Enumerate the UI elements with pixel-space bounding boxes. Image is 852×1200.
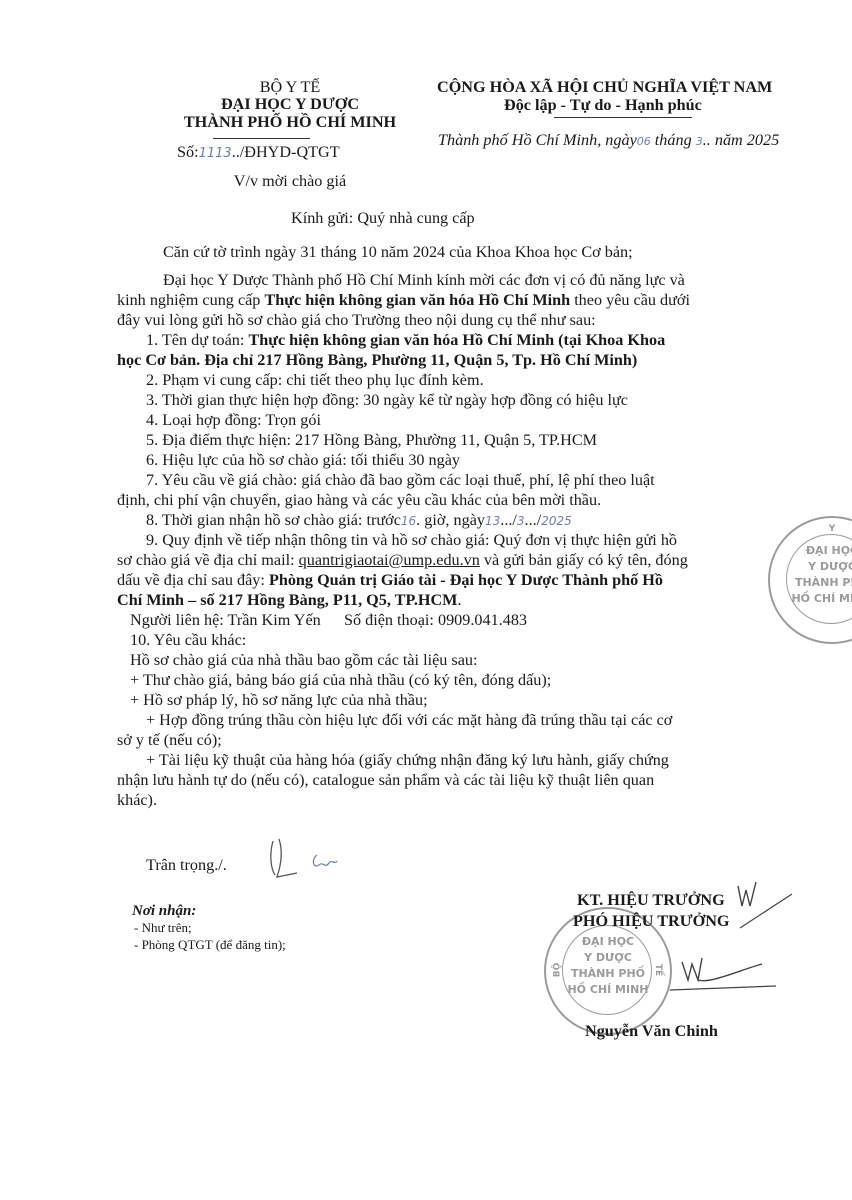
item-8-mid: . giờ, ngày — [416, 511, 485, 529]
stamp-arc-text: BỘ — [552, 963, 562, 978]
item-9-text-end: và gửi bản giấy có ký tên, đóng — [480, 551, 688, 569]
date-day-handwritten: 06 — [637, 135, 651, 148]
item-9-line1: 9. Quy định về tiếp nhận thông tin và hồ… — [146, 530, 677, 550]
item-9-line4: Chí Minh – số 217 Hồng Bàng, P11, Q5, TP… — [117, 590, 462, 610]
item-9-line2: sơ chào giá về địa chỉ mail: quantrigiao… — [117, 550, 688, 570]
document-date: Thành phố Hồ Chí Minh, ngày06 tháng 3.. … — [438, 131, 779, 150]
doc-item-3-line1: + Hợp đồng trúng thầu còn hiệu lực đối v… — [146, 710, 672, 730]
recipients-title: Nơi nhận: — [132, 903, 196, 920]
date-month-handwritten: 3 — [696, 135, 703, 148]
intro-line3: đây vui lòng gửi hồ sơ chào giá cho Trườ… — [117, 310, 596, 330]
intro-text: kinh nghiệm cung cấp — [117, 291, 264, 309]
item-1-line2: học Cơ bản. Địa chỉ 217 Hồng Bàng, Phườn… — [117, 350, 637, 370]
item-10: 10. Yêu cầu khác: — [130, 630, 246, 650]
handwritten-signature — [650, 880, 800, 1010]
recipient-item: - Như trên; — [134, 920, 192, 936]
national-motto: Độc lập - Tự do - Hạnh phúc — [504, 96, 702, 115]
item-8: 8. Thời gian nhận hồ sơ chào giá: trước1… — [146, 510, 572, 531]
item-4: 4. Loại hợp đồng: Trọn gói — [146, 410, 321, 430]
doc-number-suffix: ../ĐHYD-QTGT — [232, 143, 340, 161]
item-9-address-cont: Chí Minh – số 217 Hồng Bàng, P11, Q5, TP… — [117, 591, 457, 609]
subject-line: V/v mời chào giá — [150, 172, 430, 191]
stamp-line: THÀNH PHỐ — [770, 576, 852, 589]
intro-line1: Đại học Y Dược Thành phố Hồ Chí Minh kín… — [163, 270, 685, 290]
doc-item-4-line2: nhận lưu hành tự do (nếu có), catalogue … — [117, 770, 654, 790]
signer-name: Nguyễn Văn Chinh — [585, 1022, 718, 1041]
closing: Trân trọng./. — [146, 855, 227, 875]
university-name-line1: ĐẠI HỌC Y DƯỢC — [150, 95, 430, 114]
date-month-label: tháng — [655, 131, 692, 149]
item-9-text: sơ chào giá về địa chỉ mail: — [117, 551, 299, 569]
salutation: Kính gửi: Quý nhà cung cấp — [291, 209, 475, 228]
item-7-line1: 7. Yêu cầu về giá chào: giá chào đã bao … — [146, 470, 655, 490]
stamp-line: Y DƯỢC — [770, 560, 852, 573]
basis-text: Căn cứ tờ trình ngày 31 tháng 10 năm 202… — [163, 242, 633, 262]
docs-intro: Hồ sơ chào giá của nhà thầu bao gồm các … — [130, 650, 477, 670]
contact-phone: Số điện thoại: 0909.041.483 — [344, 610, 527, 630]
item-1-label: 1. Tên dự toán: — [146, 331, 248, 349]
item-6: 6. Hiệu lực của hồ sơ chào giá: tối thiể… — [146, 450, 460, 470]
item-9-address-label: dấu về địa chỉ sau đây: — [117, 571, 269, 589]
doc-item-4-line1: + Tài liệu kỹ thuật của hàng hóa (giấy c… — [146, 750, 669, 770]
country-name: CỘNG HÒA XÃ HỘI CHỦ NGHĨA VIỆT NAM — [437, 78, 772, 97]
university-name-line2: THÀNH PHỐ HỒ CHÍ MINH — [140, 113, 440, 132]
item-1-line1: 1. Tên dự toán: Thực hiện không gian văn… — [146, 330, 665, 350]
item-8-day-handwritten: 13 — [485, 514, 500, 528]
overlapping-stamp: Y ĐẠI HỌC Y DƯỢC THÀNH PHỐ HỒ CHÍ MINH — [768, 516, 852, 644]
item-8-month-handwritten: 3 — [517, 514, 525, 528]
recipient-item: - Phòng QTGT (để đăng tin); — [134, 937, 286, 953]
intro-text-end: theo yêu cầu dưới — [570, 291, 690, 309]
intro-line2: kinh nghiệm cung cấp Thực hiện không gia… — [117, 290, 690, 310]
project-name: Thực hiện không gian văn hóa Hồ Chí Minh — [264, 291, 570, 309]
doc-item-4-line3: khác). — [117, 790, 157, 810]
item-8-label: 8. Thời gian nhận hồ sơ chào giá: trước — [146, 511, 401, 529]
item-7-line2: định, chi phí vận chuyển, giao hàng và c… — [117, 490, 601, 510]
document-number: Số:1113../ĐHYD-QTGT — [177, 143, 340, 162]
motto-underline — [554, 117, 692, 118]
doc-number-prefix: Số: — [177, 143, 199, 161]
date-prefix: Thành phố Hồ Chí Minh, ngày — [438, 131, 637, 149]
doc-item-3-line2: sở y tế (nếu có); — [117, 730, 222, 750]
item-2: 2. Phạm vi cung cấp: chi tiết theo phụ l… — [146, 370, 484, 390]
item-9-line3: dấu về địa chỉ sau đây: Phòng Quản trị G… — [117, 570, 663, 590]
item-8-year-handwritten: 2025 — [541, 514, 572, 528]
doc-item-1: + Thư chào giá, bảng báo giá của nhà thầ… — [130, 670, 551, 690]
email-link[interactable]: quantrigiaotai@ump.edu.vn — [299, 551, 480, 569]
doc-item-2: + Hồ sơ pháp lý, hồ sơ năng lực của nhà … — [130, 690, 428, 710]
header-left-underline — [213, 138, 310, 139]
item-3: 3. Thời gian thực hiện hợp đồng: 30 ngày… — [146, 390, 628, 410]
date-year: .. năm 2025 — [703, 131, 779, 149]
contact-person: Người liên hệ: Trần Kim Yến — [130, 610, 321, 630]
item-9-period: . — [457, 591, 461, 609]
item-5: 5. Địa điểm thực hiện: 217 Hồng Bàng, Ph… — [146, 430, 597, 450]
doc-number-handwritten: 1113 — [199, 146, 232, 161]
initials-signature — [265, 835, 355, 880]
stamp-line: ĐẠI HỌC — [770, 544, 852, 557]
stamp-line: HỒ CHÍ MINH — [770, 592, 852, 605]
item-8-hour-handwritten: 16 — [401, 514, 416, 528]
item-1-value: Thực hiện không gian văn hóa Hồ Chí Minh… — [248, 331, 665, 349]
item-9-address: Phòng Quản trị Giáo tài - Đại học Y Dược… — [269, 571, 663, 589]
stamp-arc-text: Y — [770, 524, 852, 534]
